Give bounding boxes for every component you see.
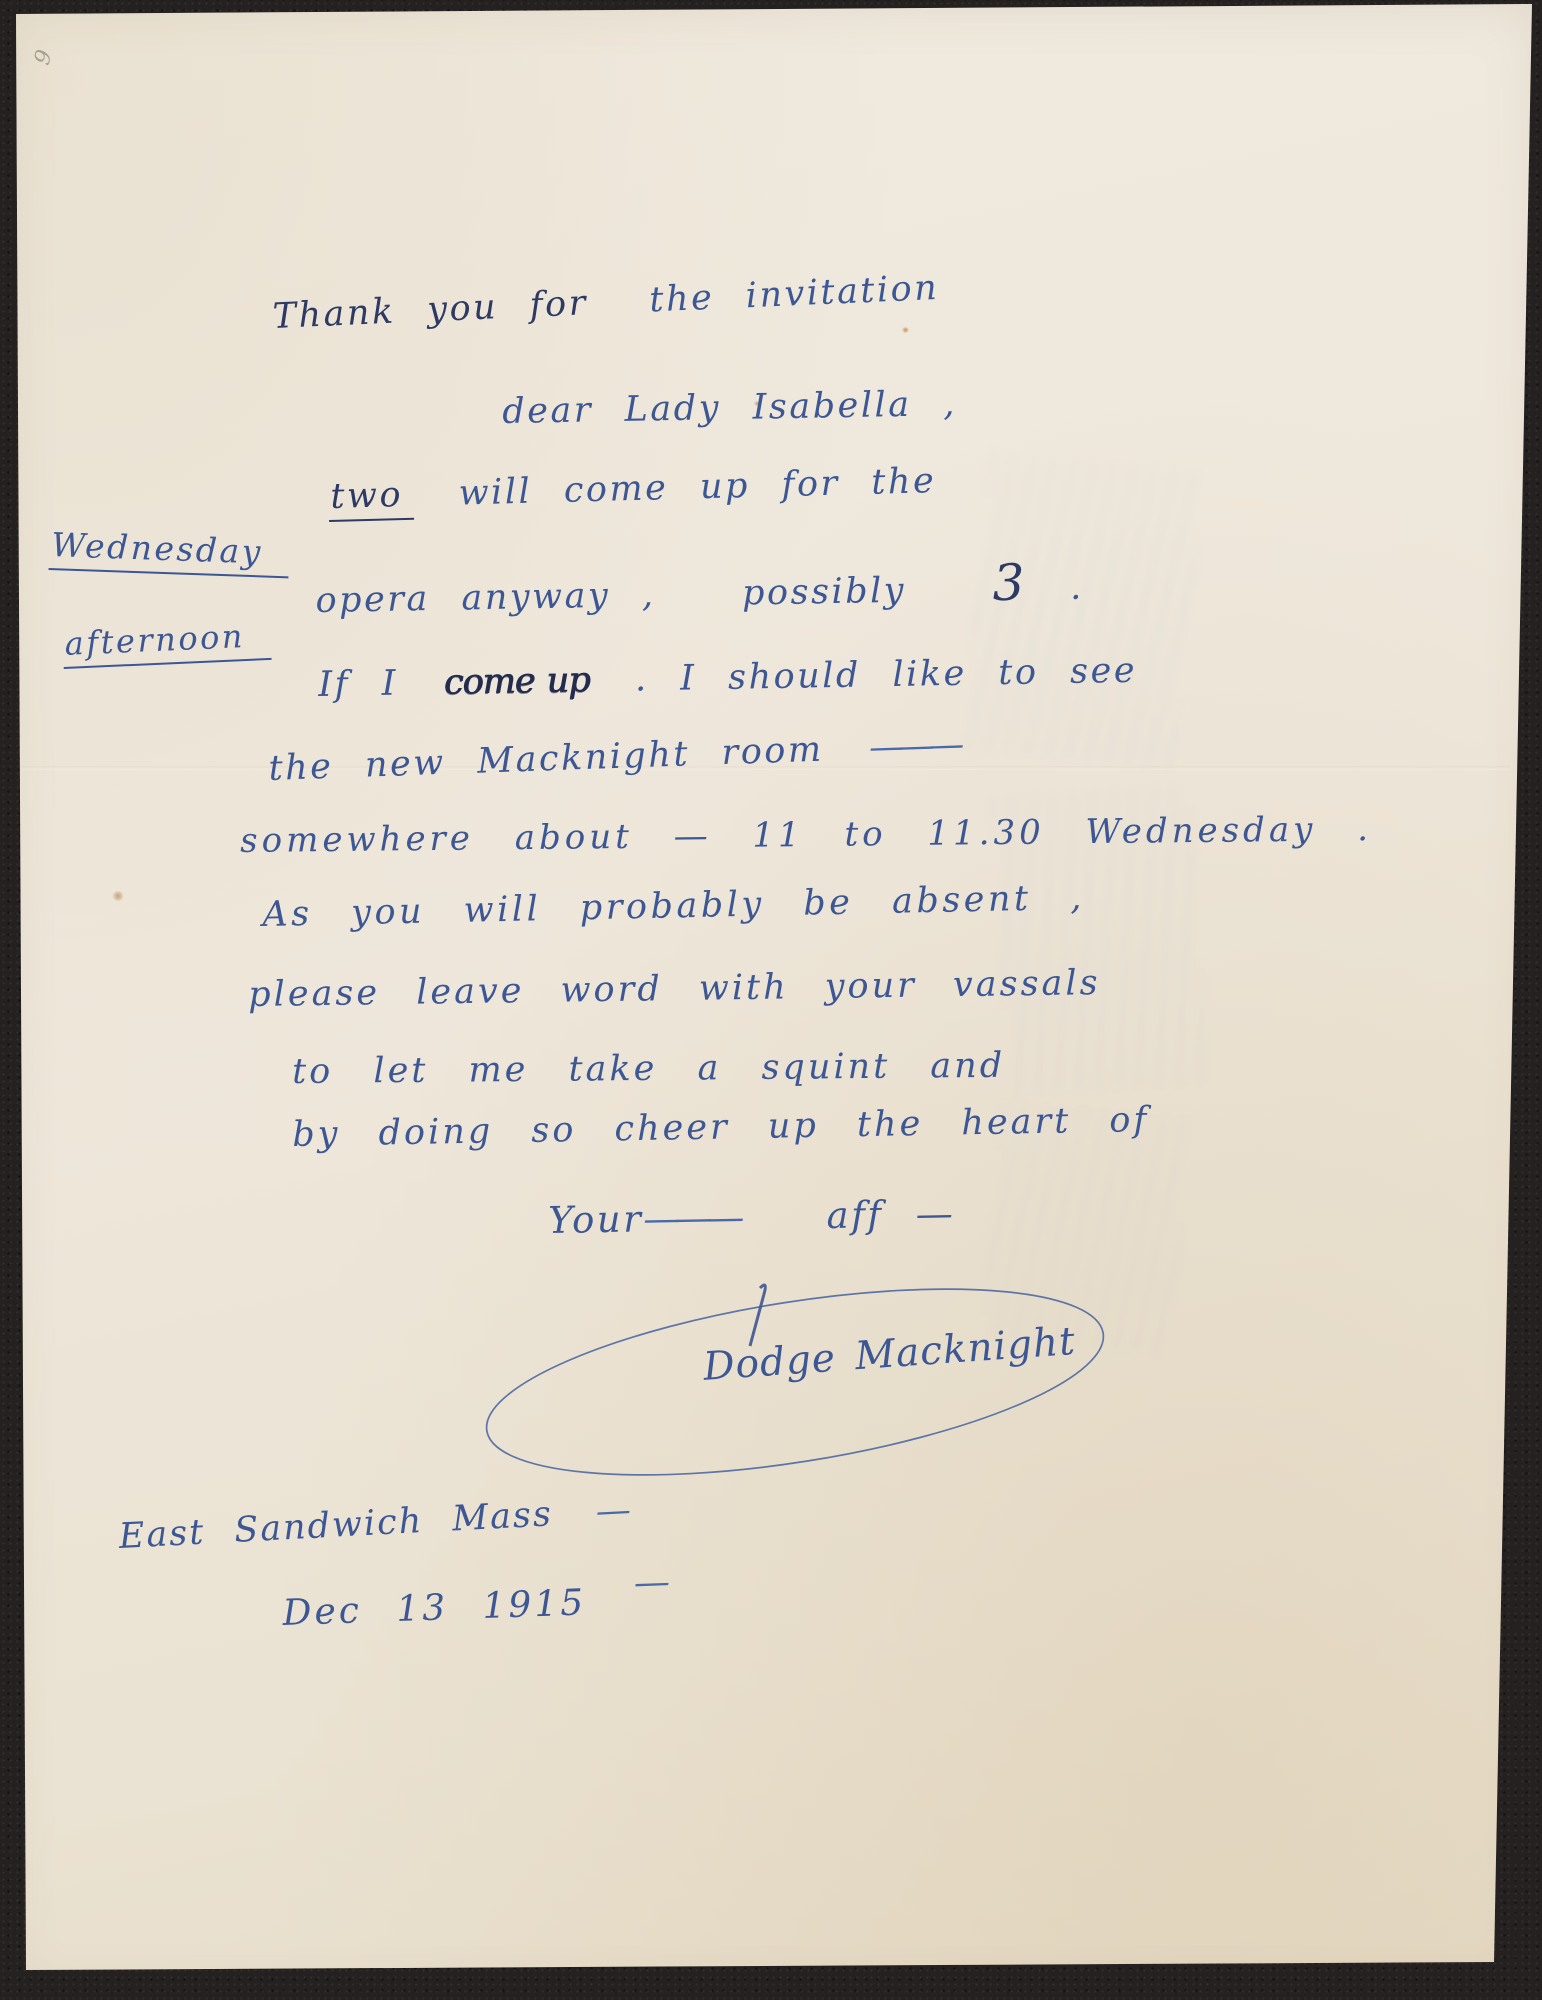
- line-text: somewhere about — 11 to 11.30 Wednesday …: [240, 809, 1372, 861]
- line-text: possibly: [742, 571, 907, 614]
- line-text: . I should like to see: [635, 651, 1138, 700]
- letter-line-9: please leave word with your vassals: [248, 966, 1101, 1013]
- em-dash: ———: [868, 725, 959, 768]
- em-dash: —: [595, 1490, 634, 1532]
- paper-sheet: 6 Wednesday afternoon Thank you for the …: [0, 0, 1542, 2000]
- place-line: East Sandwich Mass —: [118, 1493, 634, 1555]
- line-text: please leave word with your vassals: [248, 963, 1101, 1015]
- foxing-spot: [112, 891, 124, 901]
- margin-note-time-text: afternoon: [62, 619, 272, 669]
- letter-line-6: the new Macknight room ———: [268, 728, 960, 787]
- line-text: will come up for the: [458, 461, 937, 513]
- letter-line-5: If I come up . I should like to see: [318, 654, 1137, 703]
- line-text: by doing so cheer up the heart of: [292, 1100, 1150, 1155]
- closing-line: Your——— aff —: [548, 1195, 956, 1239]
- corrected-word: come up: [443, 660, 589, 703]
- place-text: East Sandwich Mass: [118, 1494, 554, 1557]
- em-dash: ———: [643, 1196, 740, 1241]
- signature-text: Dodge Macknight: [702, 1319, 1077, 1390]
- letter-line-3: two will come up for the: [328, 464, 937, 522]
- letter-line-10: to let me take a squint and: [292, 1049, 1005, 1090]
- line-text: Thank you for: [272, 283, 589, 337]
- line-text: opera anyway ,: [315, 575, 656, 621]
- foxing-spot: [902, 327, 909, 333]
- letter-line-7: somewhere about — 11 to 11.30 Wednesday …: [240, 812, 1372, 858]
- line-text: .: [1070, 568, 1084, 608]
- letter-line-4: opera anyway , possibly 3 .: [315, 557, 1084, 620]
- margin-note-time: afternoon: [62, 619, 272, 669]
- letter-line-11: by doing so cheer up the heart of: [292, 1103, 1150, 1153]
- pencil-corner-mark: 6: [27, 46, 55, 67]
- date-line: Dec 13 1915 —: [282, 1582, 674, 1632]
- letter-line-1: Thank you for the invitation: [272, 271, 940, 335]
- line-text: If I: [318, 664, 398, 705]
- line-text: to let me take a squint and: [292, 1046, 1005, 1092]
- underlined-word: two: [328, 478, 414, 522]
- line-text: dear Lady Isabella ,: [502, 384, 957, 432]
- line-text: the new Macknight room: [268, 730, 824, 789]
- letter-line-8: As you will probably be absent ,: [262, 881, 1085, 933]
- scan-background: { "document": { "kind": "handwritten-let…: [0, 0, 1542, 2000]
- signature: Dodge Macknight: [702, 1322, 1077, 1387]
- closing-aff: aff —: [826, 1192, 955, 1237]
- letter-line-2: dear Lady Isabella ,: [502, 387, 957, 430]
- em-dash: —: [633, 1561, 673, 1603]
- date-text: Dec 13 1915: [282, 1582, 587, 1634]
- line-number: 3: [992, 554, 1025, 613]
- margin-note-day-text: Wednesday: [49, 528, 290, 578]
- margin-note-day: Wednesday: [49, 528, 290, 578]
- closing-your: Your: [548, 1197, 644, 1242]
- line-text: As you will probably be absent ,: [262, 878, 1085, 935]
- line-text: the invitation: [649, 268, 940, 321]
